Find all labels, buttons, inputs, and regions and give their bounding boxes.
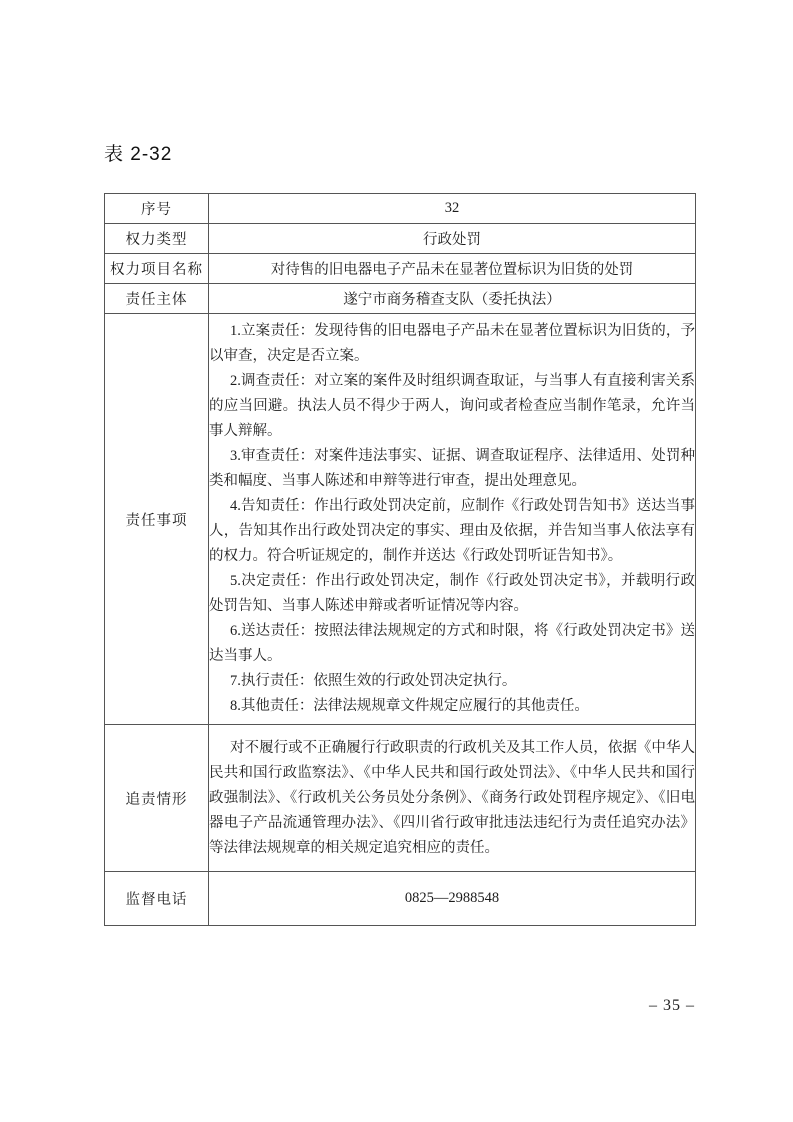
- table-row-serial: 序号 32: [105, 194, 696, 224]
- table-row-responsible-entity: 责任主体 遂宁市商务稽查支队（委托执法）: [105, 284, 696, 314]
- table-row-project-name: 权力项目名称 对待售的旧电器电子产品未在显著位置标识为旧货的处罚: [105, 254, 696, 284]
- row-label-power-type: 权力类型: [105, 224, 209, 254]
- page-number: – 35 –: [595, 997, 695, 1015]
- row-value-project-name: 对待售的旧电器电子产品未在显著位置标识为旧货的处罚: [209, 254, 696, 284]
- duty-paragraph-7: 7.执行责任：依照生效的行政处罚决定执行。: [209, 669, 695, 694]
- row-label-duty-items: 责任事项: [105, 314, 209, 725]
- responsibility-table: 序号 32 权力类型 行政处罚 权力项目名称 对待售的旧电器电子产品未在显著位置…: [104, 193, 696, 926]
- duty-paragraph-1: 1.立案责任：发现待售的旧电器电子产品未在显著位置标识为旧货的，予以审查，决定是…: [209, 319, 695, 369]
- duty-paragraph-3: 3.审查责任：对案件违法事实、证据、调查取证程序、法律适用、处罚种类和幅度、当事…: [209, 444, 695, 494]
- table-row-duty-items: 责任事项 1.立案责任：发现待售的旧电器电子产品未在显著位置标识为旧货的，予以审…: [105, 314, 696, 725]
- table-caption: 表 2-32: [104, 139, 172, 166]
- duty-paragraph-4: 4.告知责任：作出行政处罚决定前，应制作《行政处罚告知书》送达当事人，告知其作出…: [209, 494, 695, 569]
- row-label-project-name: 权力项目名称: [105, 254, 209, 284]
- accountability-paragraph: 对不履行或不正确履行行政职责的行政机关及其工作人员，依据《中华人民共和国行政监察…: [209, 736, 695, 861]
- row-value-accountability: 对不履行或不正确履行行政职责的行政机关及其工作人员，依据《中华人民共和国行政监察…: [209, 725, 696, 872]
- table-row-supervision-phone: 监督电话 0825—2988548: [105, 872, 696, 926]
- row-label-supervision-phone: 监督电话: [105, 872, 209, 926]
- table-row-accountability: 追责情形 对不履行或不正确履行行政职责的行政机关及其工作人员，依据《中华人民共和…: [105, 725, 696, 872]
- table-row-power-type: 权力类型 行政处罚: [105, 224, 696, 254]
- row-value-serial: 32: [209, 194, 696, 224]
- row-label-accountability: 追责情形: [105, 725, 209, 872]
- row-value-supervision-phone: 0825—2988548: [209, 872, 696, 926]
- duty-paragraph-8: 8.其他责任：法律法规规章文件规定应履行的其他责任。: [209, 694, 695, 719]
- row-value-responsible-entity: 遂宁市商务稽查支队（委托执法）: [209, 284, 696, 314]
- duty-paragraph-2: 2.调查责任：对立案的案件及时组织调查取证，与当事人有直接利害关系的应当回避。执…: [209, 369, 695, 444]
- row-label-serial: 序号: [105, 194, 209, 224]
- row-value-power-type: 行政处罚: [209, 224, 696, 254]
- document-page: 表 2-32 序号 32 权力类型 行政处罚 权力项目名称 对待售的旧电器电子产…: [0, 0, 793, 1122]
- row-value-duty-items: 1.立案责任：发现待售的旧电器电子产品未在显著位置标识为旧货的，予以审查，决定是…: [209, 314, 696, 725]
- duty-paragraph-5: 5.决定责任：作出行政处罚决定，制作《行政处罚决定书》，并载明行政处罚告知、当事…: [209, 569, 695, 619]
- row-label-responsible-entity: 责任主体: [105, 284, 209, 314]
- duty-paragraph-6: 6.送达责任：按照法律法规规定的方式和时限，将《行政处罚决定书》送达当事人。: [209, 619, 695, 669]
